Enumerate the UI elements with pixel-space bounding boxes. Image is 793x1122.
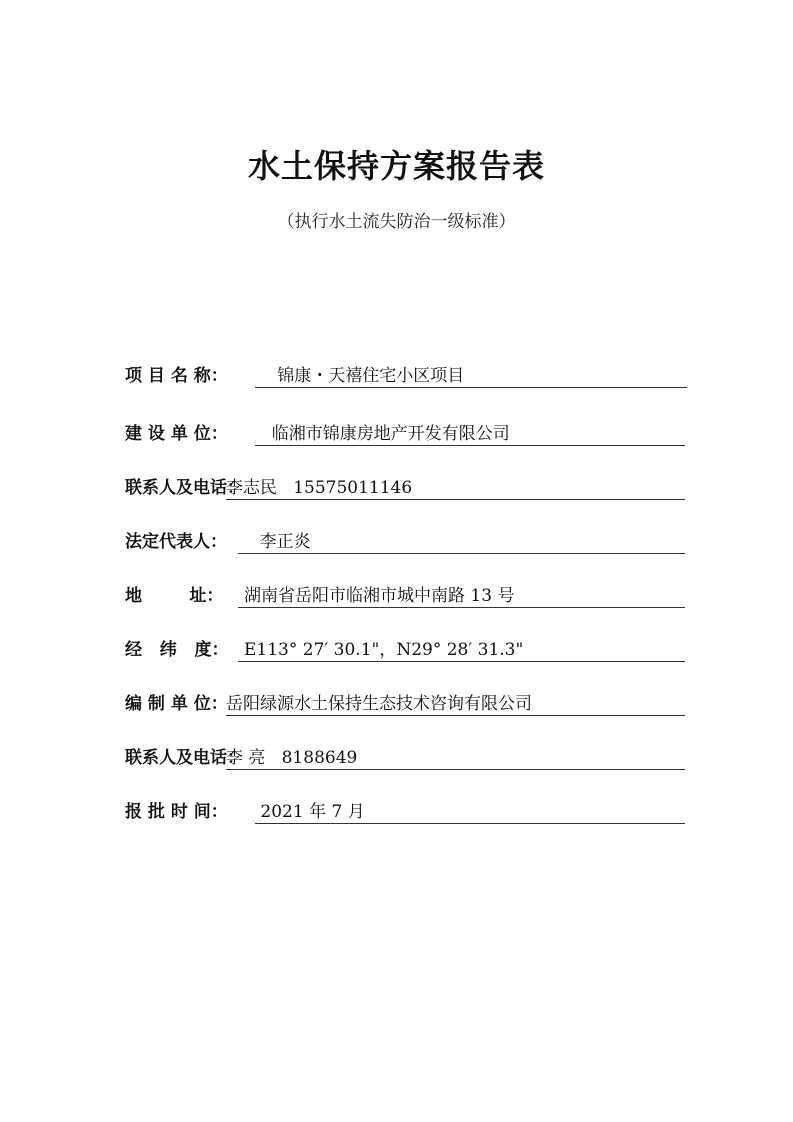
field-project-name: 项 目 名 称： 锦康・天禧住宅小区项目	[125, 360, 228, 388]
field-value: 李志民 15575011146	[226, 477, 685, 500]
field-coordinates: 经 纬 度： E113° 27′ 30.1"，N29° 28′ 31.3"	[125, 634, 229, 662]
field-label: 报 批 时 间：	[125, 800, 228, 824]
field-label: 经 纬 度：	[125, 638, 229, 662]
field-value: 湖南省岳阳市临湘市城中南路 13 号	[238, 585, 685, 608]
field-construction-unit: 建 设 单 位： 临湘市锦康房地产开发有限公司	[125, 418, 228, 446]
field-label: 地 址：	[125, 584, 223, 608]
field-value: 岳阳绿源水土保持生态技术咨询有限公司	[226, 693, 685, 716]
field-compiler-contact-phone: 联系人及电话： 李 亮 8188649	[125, 742, 244, 770]
field-label: 建 设 单 位：	[125, 422, 228, 446]
field-address: 地 址： 湖南省岳阳市临湘市城中南路 13 号	[125, 580, 223, 608]
field-value: E113° 27′ 30.1"，N29° 28′ 31.3"	[238, 639, 685, 662]
field-value: 李正炎	[238, 531, 685, 554]
field-value: 2021 年 7 月	[255, 801, 685, 824]
document-title: 水土保持方案报告表	[0, 146, 793, 186]
field-label: 编 制 单 位：	[125, 692, 228, 716]
field-value: 锦康・天禧住宅小区项目	[255, 365, 687, 388]
field-label: 法定代表人：	[125, 530, 227, 554]
field-value: 李 亮 8188649	[226, 747, 685, 770]
document-subtitle: （执行水土流失防治一级标准）	[0, 210, 793, 234]
field-label: 项 目 名 称：	[125, 364, 228, 388]
field-legal-representative: 法定代表人： 李正炎	[125, 526, 227, 554]
field-contact-phone: 联系人及电话： 李志民 15575011146	[125, 472, 244, 500]
field-value: 临湘市锦康房地产开发有限公司	[255, 423, 685, 446]
field-submission-date: 报 批 时 间： 2021 年 7 月	[125, 796, 228, 824]
field-compiling-unit: 编 制 单 位： 岳阳绿源水土保持生态技术咨询有限公司	[125, 688, 228, 716]
